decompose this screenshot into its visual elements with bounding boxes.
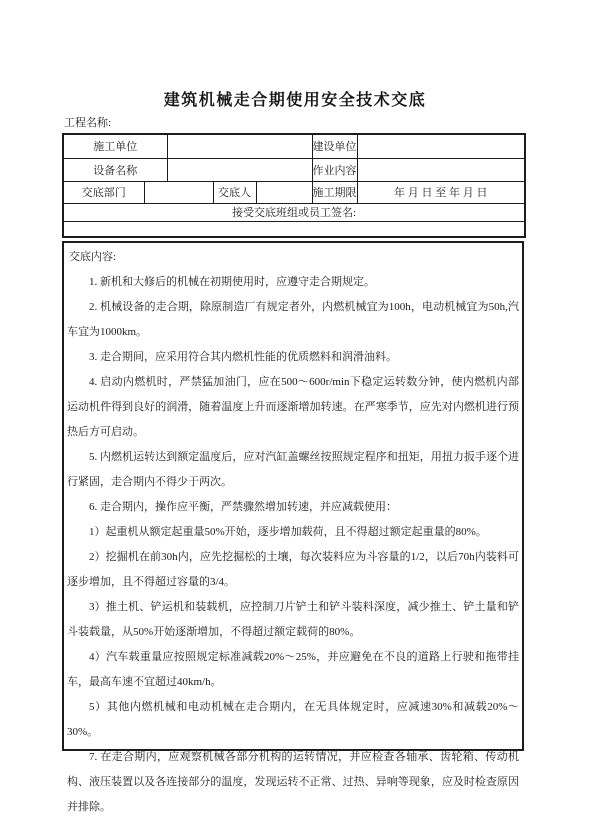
signature-blank-cell	[63, 221, 525, 237]
disclosure-paragraph: 5. 内燃机运转达到额定温度后，应对汽缸盖螺丝按照规定程序和扭矩，用扭力扳手逐个…	[67, 445, 519, 495]
disclosure-paragraph: 1）起重机从额定起重量50%开始，逐步增加载荷，且不得超过额定起重量的80%。	[67, 520, 519, 545]
document-title: 建筑机械走合期使用安全技术交底	[0, 0, 590, 110]
disclosure-paragraph: 1. 新机和大修后的机械在初期使用时，应遵守走合期规定。	[67, 270, 519, 295]
discloser-value-cell	[256, 181, 312, 203]
document-page: 建筑机械走合期使用安全技术交底 工程名称: 施工单位 建设单位 设备名称 作业内…	[0, 0, 590, 835]
construction-unit-label-cell: 施工单位	[63, 134, 167, 158]
discloser-label-cell: 交底人	[213, 181, 256, 203]
disclosure-content-box: 交底内容: 1. 新机和大修后的机械在初期使用时，应遵守走合期规定。 2. 机械…	[62, 241, 524, 751]
disclosure-paragraph: 3. 走合期间，应采用符合其内燃机性能的优质燃料和润滑油料。	[67, 345, 519, 370]
equipment-name-value-cell	[167, 158, 312, 181]
disclosure-paragraph: 5）其他内燃机械和电动机械在走合期内，在无具体规定时，应减速30%和减载20%～…	[67, 695, 519, 745]
signature-label-cell: 接受交底班组或员工签名:	[63, 203, 525, 221]
disclosure-content-heading: 交底内容:	[67, 250, 519, 265]
client-unit-value-cell	[357, 134, 525, 158]
construction-period-label-cell: 施工期限	[312, 181, 357, 203]
form-row-equipment: 设备名称 作业内容	[63, 158, 525, 181]
work-content-value-cell	[357, 158, 525, 181]
header-form-table: 施工单位 建设单位 设备名称 作业内容 交底部门 交底人 施工期限 年 月 日 …	[62, 133, 526, 238]
disclosure-paragraph: 4）汽车载重量应按照规定标准减载20%～25%，并应避免在不良的道路上行驶和拖带…	[67, 645, 519, 695]
disclosure-paragraph: 4. 启动内燃机时，严禁猛加油门，应在500～600r/min下稳定运转数分钟，…	[67, 370, 519, 445]
disclosure-paragraph: 6. 走合期内，操作应平衡，严禁骤然增加转速，并应减载使用：	[67, 495, 519, 520]
construction-unit-value-cell	[167, 134, 312, 158]
disclosure-paragraph: 7. 在走合期内，应观察机械各部分机构的运转情况，并应检查各轴承、齿轮箱、传动机…	[67, 745, 519, 820]
disclosure-paragraph: 2）挖掘机在前30h内，应先挖掘松的土壤，每次装料应为斗容量的1/2，以后70h…	[67, 545, 519, 595]
disclosure-dept-label-cell: 交底部门	[63, 181, 144, 203]
construction-period-date-cell: 年 月 日 至 年 月 日	[357, 181, 525, 203]
project-name-label: 工程名称:	[64, 117, 590, 130]
form-row-signature-blank	[63, 221, 525, 237]
client-unit-label-cell: 建设单位	[312, 134, 357, 158]
disclosure-dept-value-cell	[144, 181, 213, 203]
disclosure-paragraph: 2. 机械设备的走合期，除原制造厂有规定者外，内燃机械宜为100h，电动机械宜为…	[67, 295, 519, 345]
form-row-signature: 接受交底班组或员工签名:	[63, 203, 525, 221]
form-row-units: 施工单位 建设单位	[63, 134, 525, 158]
equipment-name-label-cell: 设备名称	[63, 158, 167, 181]
disclosure-paragraphs: 1. 新机和大修后的机械在初期使用时，应遵守走合期规定。 2. 机械设备的走合期…	[67, 270, 519, 820]
disclosure-paragraph: 3）推土机、铲运机和装载机，应控制刀片铲土和铲斗装料深度，减少推土、铲土量和铲斗…	[67, 595, 519, 645]
work-content-label-cell: 作业内容	[312, 158, 357, 181]
form-row-disclosure: 交底部门 交底人 施工期限 年 月 日 至 年 月 日	[63, 181, 525, 203]
